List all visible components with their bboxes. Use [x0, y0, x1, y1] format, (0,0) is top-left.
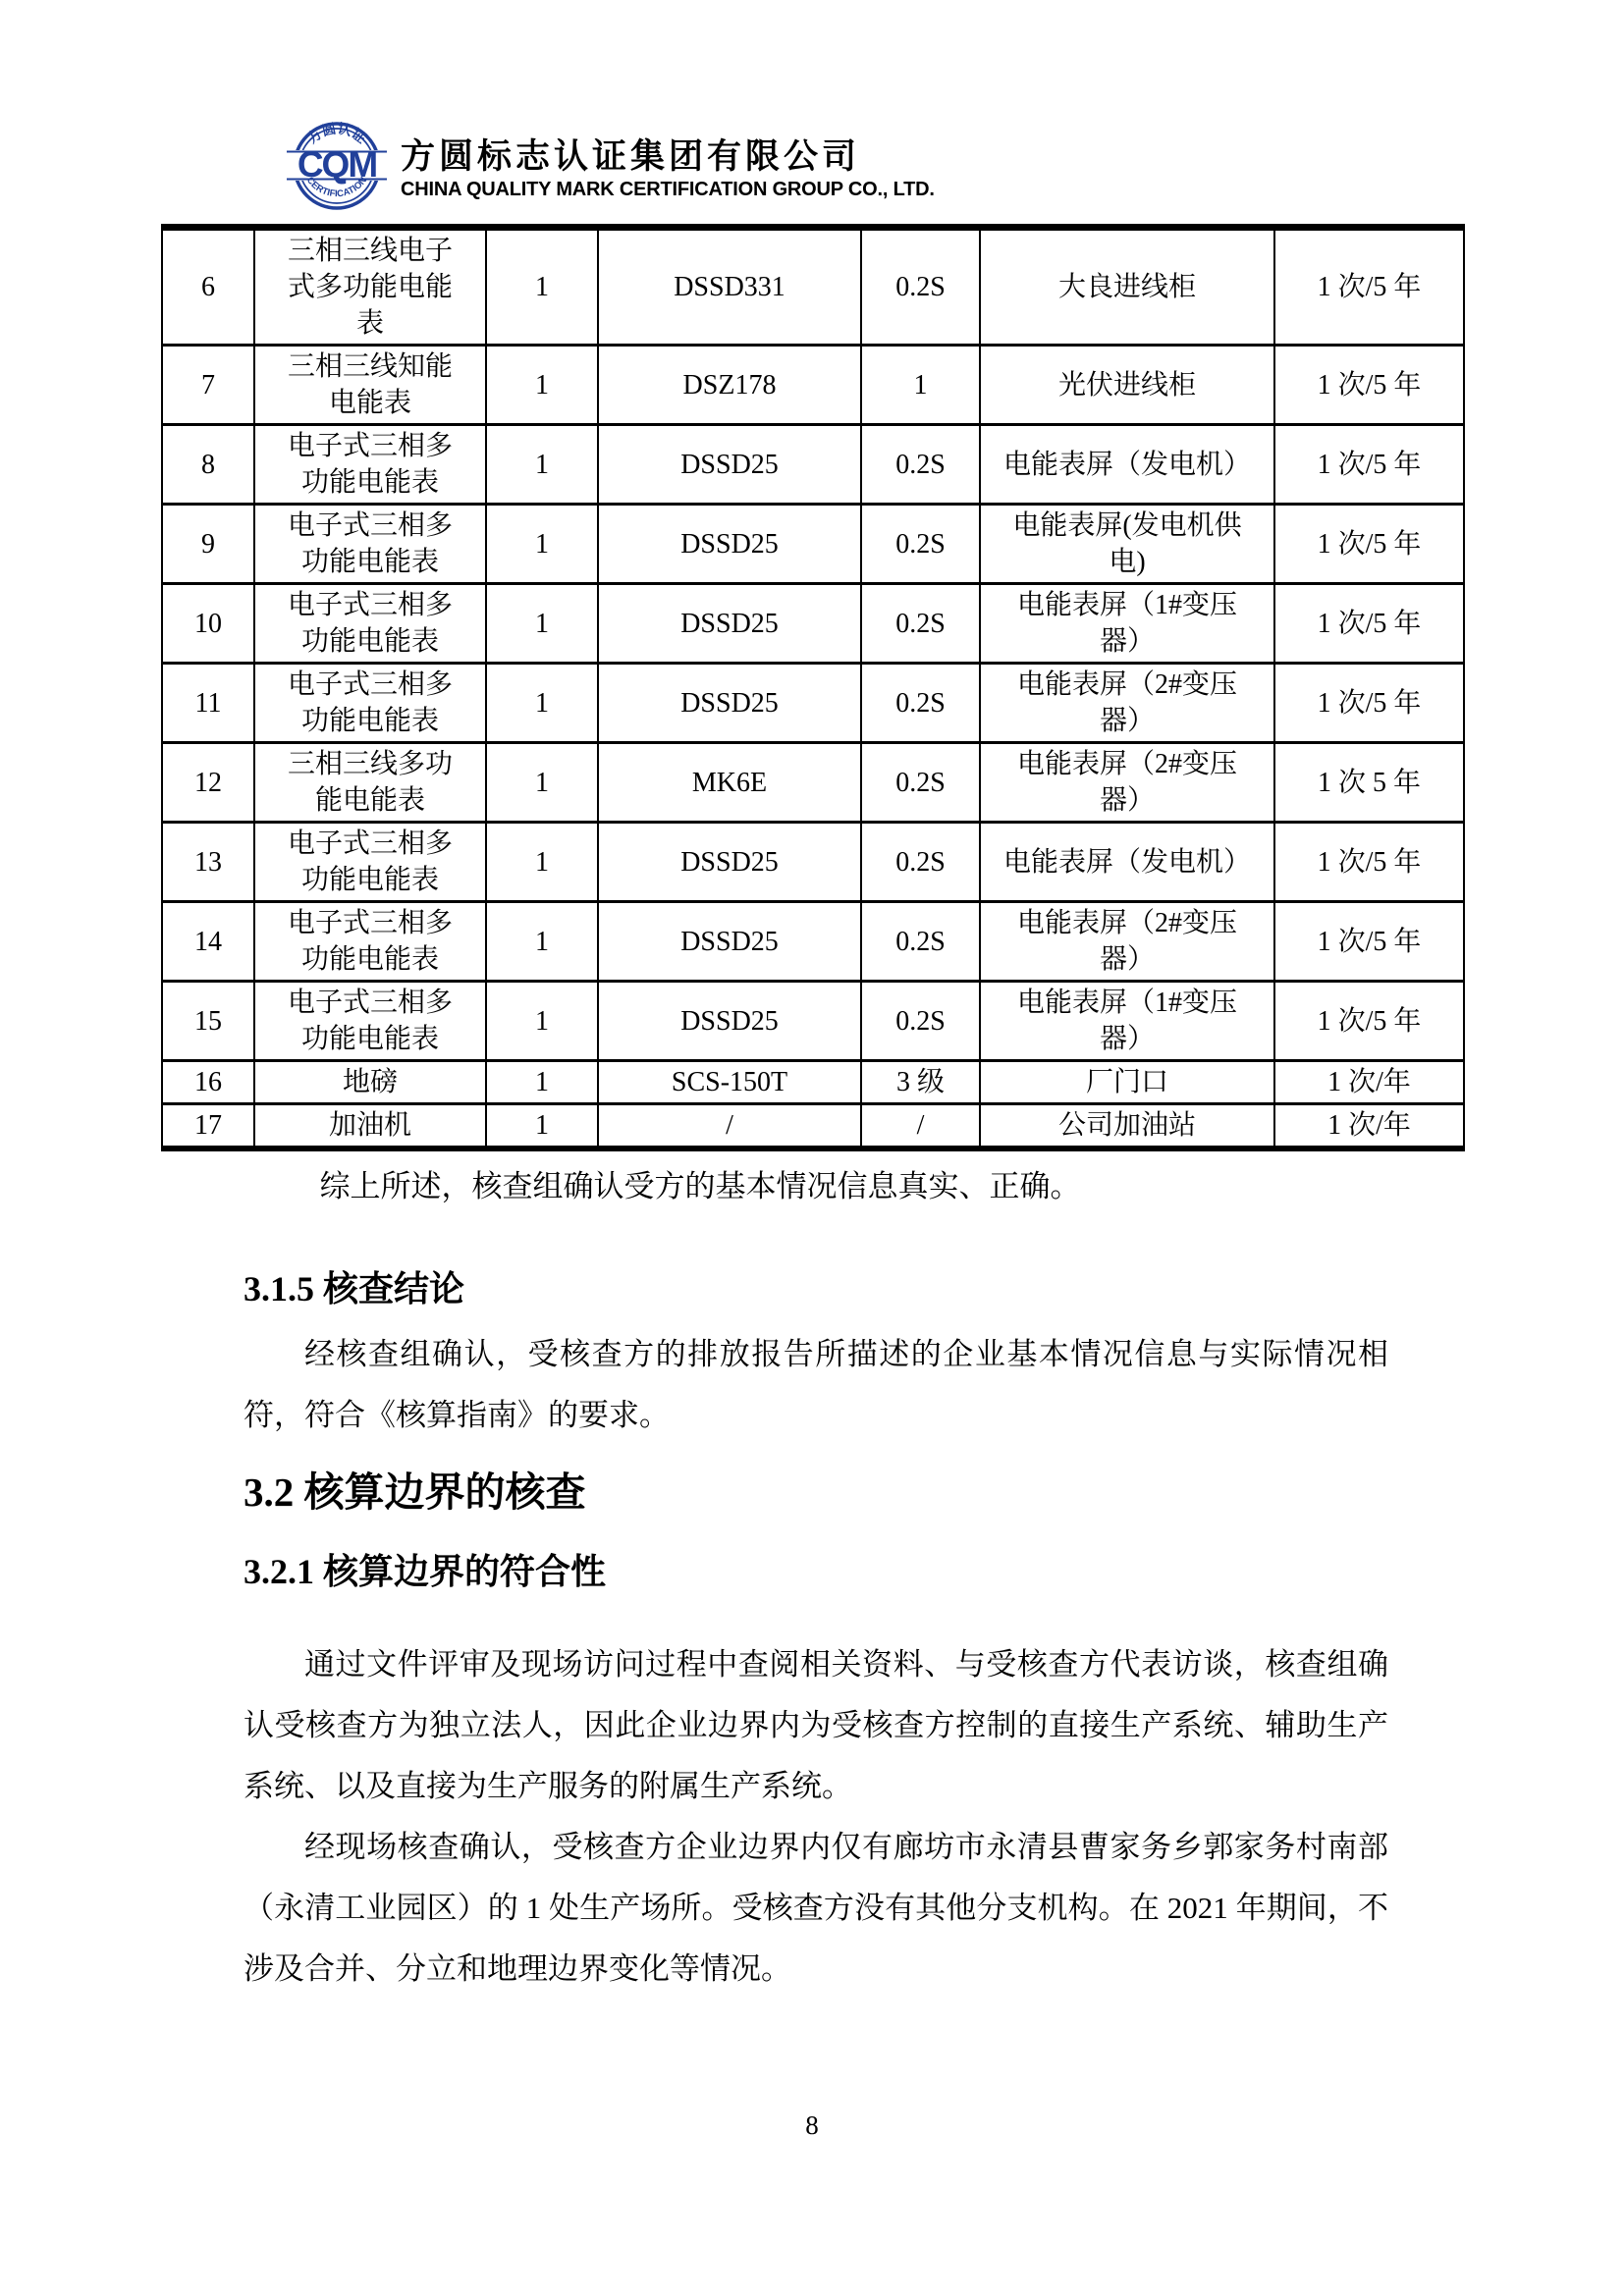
cell-device-name: 电子式三相多 功能电能表 [254, 425, 486, 505]
cell-install-location: 电能表屏（1#变压 器） [980, 982, 1274, 1061]
cell-model: DSSD25 [598, 584, 861, 664]
cell-seq-number: 8 [162, 425, 254, 505]
cell-quantity: 1 [486, 1061, 598, 1104]
table-row: 15 电子式三相多 功能电能表 1 DSSD25 0.2S 电能表屏（1#变压 … [162, 982, 1464, 1061]
cell-accuracy-class: 3 级 [861, 1061, 980, 1104]
cell-calibration-frequency: 1 次/5 年 [1274, 228, 1464, 346]
table-row: 8 电子式三相多 功能电能表 1 DSSD25 0.2S 电能表屏（发电机） 1… [162, 425, 1464, 505]
cqm-logo-icon: 方圆认证 CQM CERTIFICATION [285, 120, 389, 212]
cell-model: DSZ178 [598, 346, 861, 425]
cell-quantity: 1 [486, 982, 598, 1061]
page-number: 8 [0, 2110, 1624, 2141]
cell-install-location: 厂门口 [980, 1061, 1274, 1104]
cell-calibration-frequency: 1 次/5 年 [1274, 902, 1464, 982]
cell-device-name: 三相三线多功 能电能表 [254, 743, 486, 823]
table-row: 17 加油机 1 / / 公司加油站 1 次/年 [162, 1104, 1464, 1149]
cell-install-location: 电能表屏（发电机） [980, 425, 1274, 505]
cell-device-name: 电子式三相多 功能电能表 [254, 664, 486, 743]
cell-install-location: 电能表屏（发电机） [980, 823, 1274, 902]
cell-quantity: 1 [486, 664, 598, 743]
section-heading-3-1-5: 3.1.5 核查结论 [244, 1263, 1624, 1314]
measurement-equipment-table: 6 三相三线电子 式多功能电能 表 1 DSSD331 0.2S 大良进线柜 1… [161, 224, 1465, 1151]
cell-install-location: 电能表屏（2#变压 器） [980, 902, 1274, 982]
cell-model: SCS-150T [598, 1061, 861, 1104]
cell-calibration-frequency: 1 次/5 年 [1274, 584, 1464, 664]
cell-quantity: 1 [486, 743, 598, 823]
cell-quantity: 1 [486, 346, 598, 425]
cell-accuracy-class: 0.2S [861, 228, 980, 346]
cell-seq-number: 11 [162, 664, 254, 743]
cell-accuracy-class: 0.2S [861, 505, 980, 584]
cell-calibration-frequency: 1 次/年 [1274, 1104, 1464, 1149]
cell-model: / [598, 1104, 861, 1149]
cell-accuracy-class: 0.2S [861, 982, 980, 1061]
cell-model: DSSD25 [598, 982, 861, 1061]
section-3-1-5-paragraph: 经核查组确认，受核查方的排放报告所描述的企业基本情况信息与实际情况相符，符合《核… [244, 1324, 1388, 1446]
cell-device-name: 地磅 [254, 1061, 486, 1104]
cell-quantity: 1 [486, 1104, 598, 1149]
cell-accuracy-class: 1 [861, 346, 980, 425]
cell-calibration-frequency: 1 次/年 [1274, 1061, 1464, 1104]
cell-seq-number: 14 [162, 902, 254, 982]
cell-seq-number: 10 [162, 584, 254, 664]
cell-device-name: 电子式三相多 功能电能表 [254, 584, 486, 664]
cell-calibration-frequency: 1 次/5 年 [1274, 823, 1464, 902]
section-heading-3-2-1: 3.2.1 核算边界的符合性 [244, 1546, 1624, 1597]
cell-install-location: 光伏进线柜 [980, 346, 1274, 425]
cell-model: DSSD25 [598, 664, 861, 743]
cell-quantity: 1 [486, 228, 598, 346]
cell-device-name: 加油机 [254, 1104, 486, 1149]
cell-model: DSSD25 [598, 823, 861, 902]
table-row: 12 三相三线多功 能电能表 1 MK6E 0.2S 电能表屏（2#变压 器） … [162, 743, 1464, 823]
cell-model: DSSD25 [598, 902, 861, 982]
cell-model: DSSD25 [598, 505, 861, 584]
cell-quantity: 1 [486, 505, 598, 584]
table-row: 11 电子式三相多 功能电能表 1 DSSD25 0.2S 电能表屏（2#变压 … [162, 664, 1464, 743]
cell-seq-number: 13 [162, 823, 254, 902]
cell-seq-number: 16 [162, 1061, 254, 1104]
cell-calibration-frequency: 1 次/5 年 [1274, 425, 1464, 505]
cell-install-location: 电能表屏（2#变压 器） [980, 664, 1274, 743]
cell-seq-number: 17 [162, 1104, 254, 1149]
cell-quantity: 1 [486, 902, 598, 982]
table-row: 9 电子式三相多 功能电能表 1 DSSD25 0.2S 电能表屏(发电机供 电… [162, 505, 1464, 584]
cell-accuracy-class: 0.2S [861, 425, 980, 505]
cell-calibration-frequency: 1 次/5 年 [1274, 982, 1464, 1061]
cell-calibration-frequency: 1 次/5 年 [1274, 346, 1464, 425]
cell-device-name: 电子式三相多 功能电能表 [254, 902, 486, 982]
section-heading-3-2: 3.2 核算边界的核查 [244, 1464, 1624, 1521]
section-3-2-1-paragraph-2: 经现场核查确认，受核查方企业边界内仅有廊坊市永清县曹家务乡郭家务村南部（永清工业… [244, 1817, 1388, 2000]
table-row: 6 三相三线电子 式多功能电能 表 1 DSSD331 0.2S 大良进线柜 1… [162, 228, 1464, 346]
cell-install-location: 公司加油站 [980, 1104, 1274, 1149]
cell-device-name: 三相三线知能 电能表 [254, 346, 486, 425]
cell-model: MK6E [598, 743, 861, 823]
cell-device-name: 电子式三相多 功能电能表 [254, 982, 486, 1061]
company-name-block: 方圆标志认证集团有限公司 CHINA QUALITY MARK CERTIFIC… [401, 120, 935, 200]
company-name-cn: 方圆标志认证集团有限公司 [401, 137, 935, 177]
cell-quantity: 1 [486, 425, 598, 505]
cell-install-location: 电能表屏（2#变压 器） [980, 743, 1274, 823]
cell-quantity: 1 [486, 823, 598, 902]
table-row: 13 电子式三相多 功能电能表 1 DSSD25 0.2S 电能表屏（发电机） … [162, 823, 1464, 902]
cell-accuracy-class: 0.2S [861, 664, 980, 743]
cell-quantity: 1 [486, 584, 598, 664]
company-name-en: CHINA QUALITY MARK CERTIFICATION GROUP C… [401, 179, 935, 200]
document-header: 方圆认证 CQM CERTIFICATION 方圆标志认证集团有限公司 CHIN… [285, 120, 935, 212]
cell-seq-number: 15 [162, 982, 254, 1061]
cell-accuracy-class: 0.2S [861, 823, 980, 902]
cell-device-name: 电子式三相多 功能电能表 [254, 505, 486, 584]
table-closing-note: 综上所述，核查组确认受方的基本情况信息真实、正确。 [244, 1165, 1384, 1208]
table-row: 14 电子式三相多 功能电能表 1 DSSD25 0.2S 电能表屏（2#变压 … [162, 902, 1464, 982]
cell-seq-number: 6 [162, 228, 254, 346]
cell-accuracy-class: 0.2S [861, 902, 980, 982]
cell-model: DSSD25 [598, 425, 861, 505]
cell-device-name: 三相三线电子 式多功能电能 表 [254, 228, 486, 346]
cell-install-location: 电能表屏（1#变压 器） [980, 584, 1274, 664]
cell-accuracy-class: / [861, 1104, 980, 1149]
table-row: 7 三相三线知能 电能表 1 DSZ178 1 光伏进线柜 1 次/5 年 [162, 346, 1464, 425]
page-content: 6 三相三线电子 式多功能电能 表 1 DSSD331 0.2S 大良进线柜 1… [0, 224, 1624, 2000]
cell-install-location: 电能表屏(发电机供 电) [980, 505, 1274, 584]
cell-calibration-frequency: 1 次/5 年 [1274, 505, 1464, 584]
cell-accuracy-class: 0.2S [861, 584, 980, 664]
cell-accuracy-class: 0.2S [861, 743, 980, 823]
cell-seq-number: 9 [162, 505, 254, 584]
table-row: 16 地磅 1 SCS-150T 3 级 厂门口 1 次/年 [162, 1061, 1464, 1104]
cell-model: DSSD331 [598, 228, 861, 346]
cell-calibration-frequency: 1 次/5 年 [1274, 664, 1464, 743]
cell-install-location: 大良进线柜 [980, 228, 1274, 346]
table-row: 10 电子式三相多 功能电能表 1 DSSD25 0.2S 电能表屏（1#变压 … [162, 584, 1464, 664]
cell-calibration-frequency: 1 次 5 年 [1274, 743, 1464, 823]
cell-seq-number: 7 [162, 346, 254, 425]
report-page: 方圆认证 CQM CERTIFICATION 方圆标志认证集团有限公司 CHIN… [0, 0, 1624, 2296]
cell-seq-number: 12 [162, 743, 254, 823]
cell-device-name: 电子式三相多 功能电能表 [254, 823, 486, 902]
section-3-2-1-paragraph-1: 通过文件评审及现场访问过程中查阅相关资料、与受核查方代表访谈，核查组确认受核查方… [244, 1634, 1388, 1817]
